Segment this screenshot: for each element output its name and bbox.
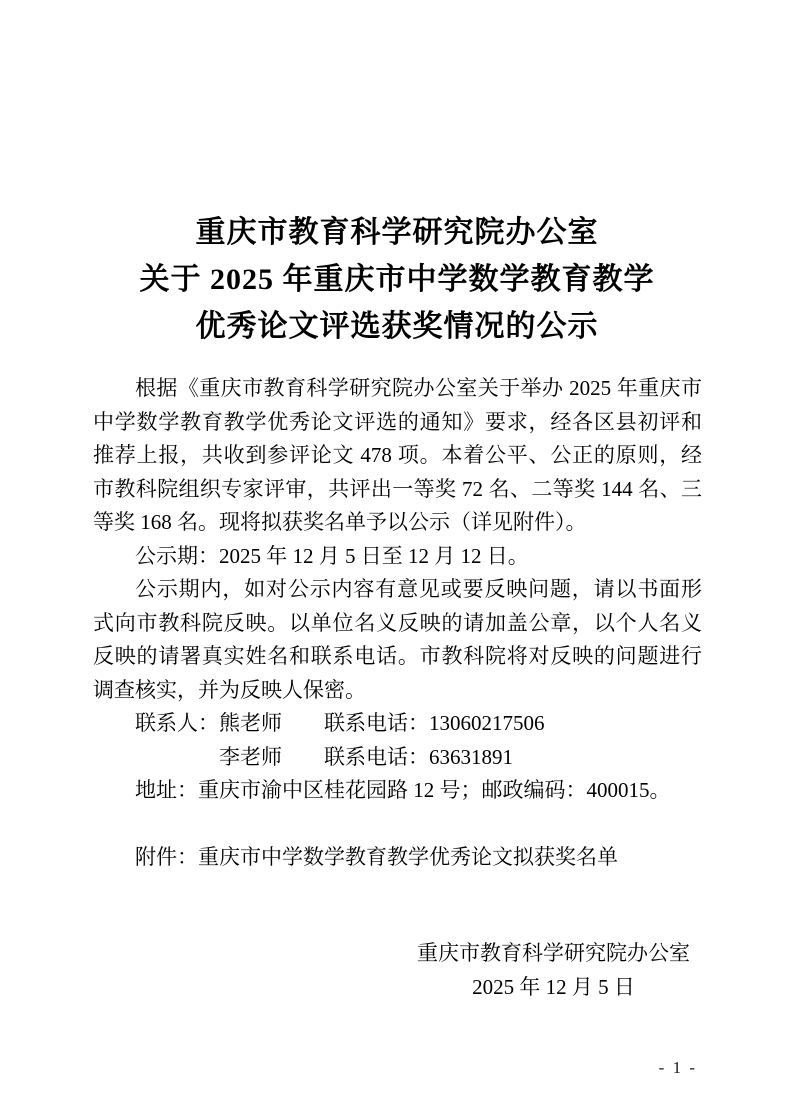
contact-line-2: 李老师 联系电话：63631891 <box>93 741 702 775</box>
title-line-1: 重庆市教育科学研究院办公室 <box>0 209 794 256</box>
signature-block: 重庆市教育科学研究院办公室 2025 年 12 月 5 日 <box>417 936 690 1004</box>
attachment-line: 附件：重庆市中学数学教育教学优秀论文拟获奖名单 <box>93 841 702 875</box>
body-line: 中学数学教育教学优秀论文评选的通知》要求，经各区县初评和 <box>93 406 702 440</box>
address-line: 地址：重庆市渝中区桂花园路 12 号；邮政编码：400015。 <box>93 774 702 808</box>
body-line: 推荐上报，共收到参评论文 478 项。本着公平、公正的原则，经 <box>93 439 702 473</box>
body-line: 调查核实，并为反映人保密。 <box>93 674 702 708</box>
signature-org: 重庆市教育科学研究院办公室 <box>417 936 690 970</box>
contact-line-1: 联系人：熊老师 联系电话：13060217506 <box>93 707 702 741</box>
body-line: 市教科院组织专家评审，共评出一等奖 72 名、二等奖 144 名、三 <box>93 473 702 507</box>
document-title: 重庆市教育科学研究院办公室 关于 2025 年重庆市中学数学教育教学 优秀论文评… <box>0 209 794 350</box>
body-line: 公示期内，如对公示内容有意见或要反映问题，请以书面形 <box>93 573 702 607</box>
document-body: 根据《重庆市教育科学研究院办公室关于举办 2025 年重庆市 中学数学教育教学优… <box>93 372 702 875</box>
body-line: 根据《重庆市教育科学研究院办公室关于举办 2025 年重庆市 <box>93 372 702 406</box>
document-page: 重庆市教育科学研究院办公室 关于 2025 年重庆市中学数学教育教学 优秀论文评… <box>0 0 794 1108</box>
title-line-3: 优秀论文评选获奖情况的公示 <box>0 303 794 350</box>
page-number: - 1 - <box>659 1058 697 1078</box>
title-line-2: 关于 2025 年重庆市中学数学教育教学 <box>0 256 794 303</box>
publicity-period-line: 公示期：2025 年 12 月 5 日至 12 月 12 日。 <box>93 540 702 574</box>
body-line: 反映的请署真实姓名和联系电话。市教科院将对反映的问题进行 <box>93 640 702 674</box>
signature-date: 2025 年 12 月 5 日 <box>417 970 690 1004</box>
body-line: 等奖 168 名。现将拟获奖名单予以公示（详见附件）。 <box>93 506 702 540</box>
body-line: 式向市教科院反映。以单位名义反映的请加盖公章，以个人名义 <box>93 607 702 641</box>
